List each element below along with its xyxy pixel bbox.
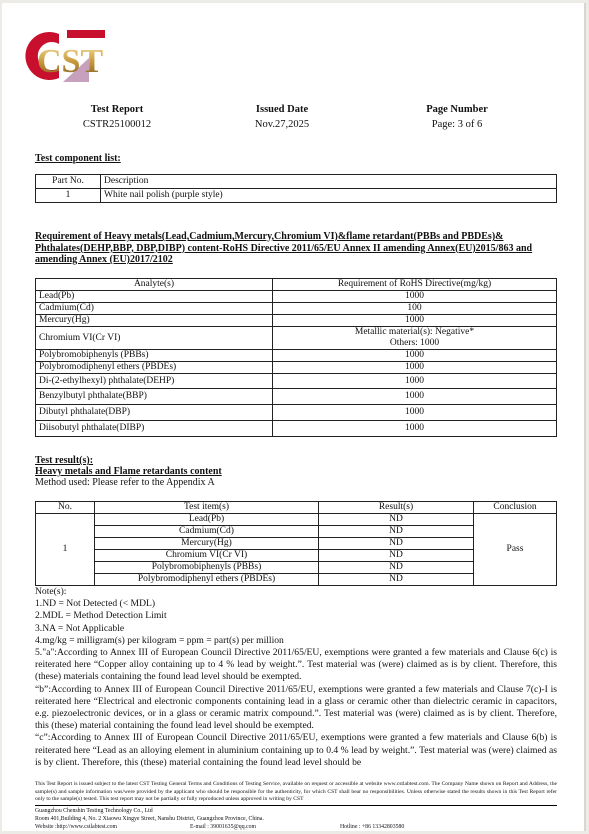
issued-date-label: Issued Date <box>232 102 332 117</box>
table-row: Mercury(Hg)1000 <box>36 315 557 327</box>
table-row: Diisobutyl phthalate(DIBP)1000 <box>36 421 557 437</box>
part-no: 1 <box>36 189 101 203</box>
table-row: Polybromodiphenyl ethers (PBDEs)1000 <box>36 362 557 374</box>
method-used: Method used: Please refer to the Appendi… <box>35 477 215 488</box>
cst-logo: CST <box>19 28 105 84</box>
component-table: Part No. Description 1 White nail polish… <box>35 174 557 203</box>
table-row: Di-(2-ethylhexyl) phthalate(DEHP)1000 <box>36 374 557 389</box>
page-number: Page: 3 of 6 <box>402 117 512 132</box>
results-subtitle: Heavy metals and Flame retardants conten… <box>35 466 222 478</box>
col-header: Test item(s) <box>95 502 319 514</box>
note: 1.ND = Not Detected (< MDL) <box>35 598 557 610</box>
col-header: Part No. <box>36 175 101 189</box>
table-row: Cadmium(Cd)100 <box>36 303 557 315</box>
col-header: Requirement of RoHS Directive(mg/kg) <box>273 279 557 291</box>
component-list-title: Test component list: <box>35 153 121 165</box>
col-header: Result(s) <box>319 502 474 514</box>
table-row: Benzylbutyl phthalate(BBP)1000 <box>36 389 557 405</box>
result-no: 1 <box>36 514 95 586</box>
col-header: Conclusion <box>474 502 557 514</box>
note: 3.NA = Not Applicable <box>35 623 557 635</box>
disclaimer: This Test Report is issued subject to th… <box>35 781 557 804</box>
note: “c”:According to Annex III of European C… <box>35 732 557 769</box>
footer: Guangzhou Chenshin Testing Technology Co… <box>35 807 557 831</box>
table-row: Dibutyl phthalate(DBP)1000 <box>36 405 557 421</box>
conclusion: Pass <box>474 514 557 586</box>
table-row: 1 Lead(Pb) ND Pass <box>36 514 557 526</box>
issued-date: Nov.27,2025 <box>232 117 332 132</box>
report-label: Test Report <box>62 102 172 117</box>
company-address: Room 401,Building 4, No. 2 Xiaowu Xingye… <box>35 815 557 823</box>
note-heading: Note(s): <box>35 586 557 598</box>
note: 5."a":According to Annex III of European… <box>35 647 557 684</box>
results-table: No. Test item(s) Result(s) Conclusion 1 … <box>35 501 557 586</box>
note: 2.MDL = Method Detection Limit <box>35 610 557 622</box>
report-number-block: Test Report CSTR25100012 <box>62 102 172 132</box>
note: 4.mg/kg = milligram(s) per kilogram = pp… <box>35 635 557 647</box>
col-header: Description <box>101 175 557 189</box>
email-link[interactable]: E-mail : 39001635@qq.com <box>190 823 340 831</box>
page-number-label: Page Number <box>402 102 512 117</box>
results-title: Test result(s): <box>35 455 93 467</box>
part-description: White nail polish (purple style) <box>101 189 557 203</box>
website-link[interactable]: Website :http://www.cstlabtest.com <box>35 823 190 831</box>
page-number-block: Page Number Page: 3 of 6 <box>402 102 512 132</box>
svg-text:CST: CST <box>37 43 103 80</box>
footer-divider <box>35 805 557 806</box>
notes: Note(s): 1.ND = Not Detected (< MDL) 2.M… <box>35 586 557 769</box>
col-header: No. <box>36 502 95 514</box>
report-number: CSTR25100012 <box>62 117 172 132</box>
issued-date-block: Issued Date Nov.27,2025 <box>232 102 332 132</box>
table-row: Lead(Pb)1000 <box>36 291 557 303</box>
table-row: Polybromobiphenyls (PBBs)1000 <box>36 350 557 362</box>
table-row: Chromium VI(Cr VI) Metallic material(s):… <box>36 327 557 350</box>
note: “b”:According to Annex III of European C… <box>35 684 557 733</box>
requirement-table: Analyte(s) Requirement of RoHS Directive… <box>35 278 557 437</box>
report-page: CST Test Report CSTR25100012 Issued Date… <box>2 3 586 831</box>
hotline: Hotline : +86 13342803580 <box>340 823 404 831</box>
requirement-title: Requirement of Heavy metals(Lead,Cadmium… <box>35 231 555 266</box>
company-name: Guangzhou Chenshin Testing Technology Co… <box>35 807 557 815</box>
col-header: Analyte(s) <box>36 279 273 291</box>
